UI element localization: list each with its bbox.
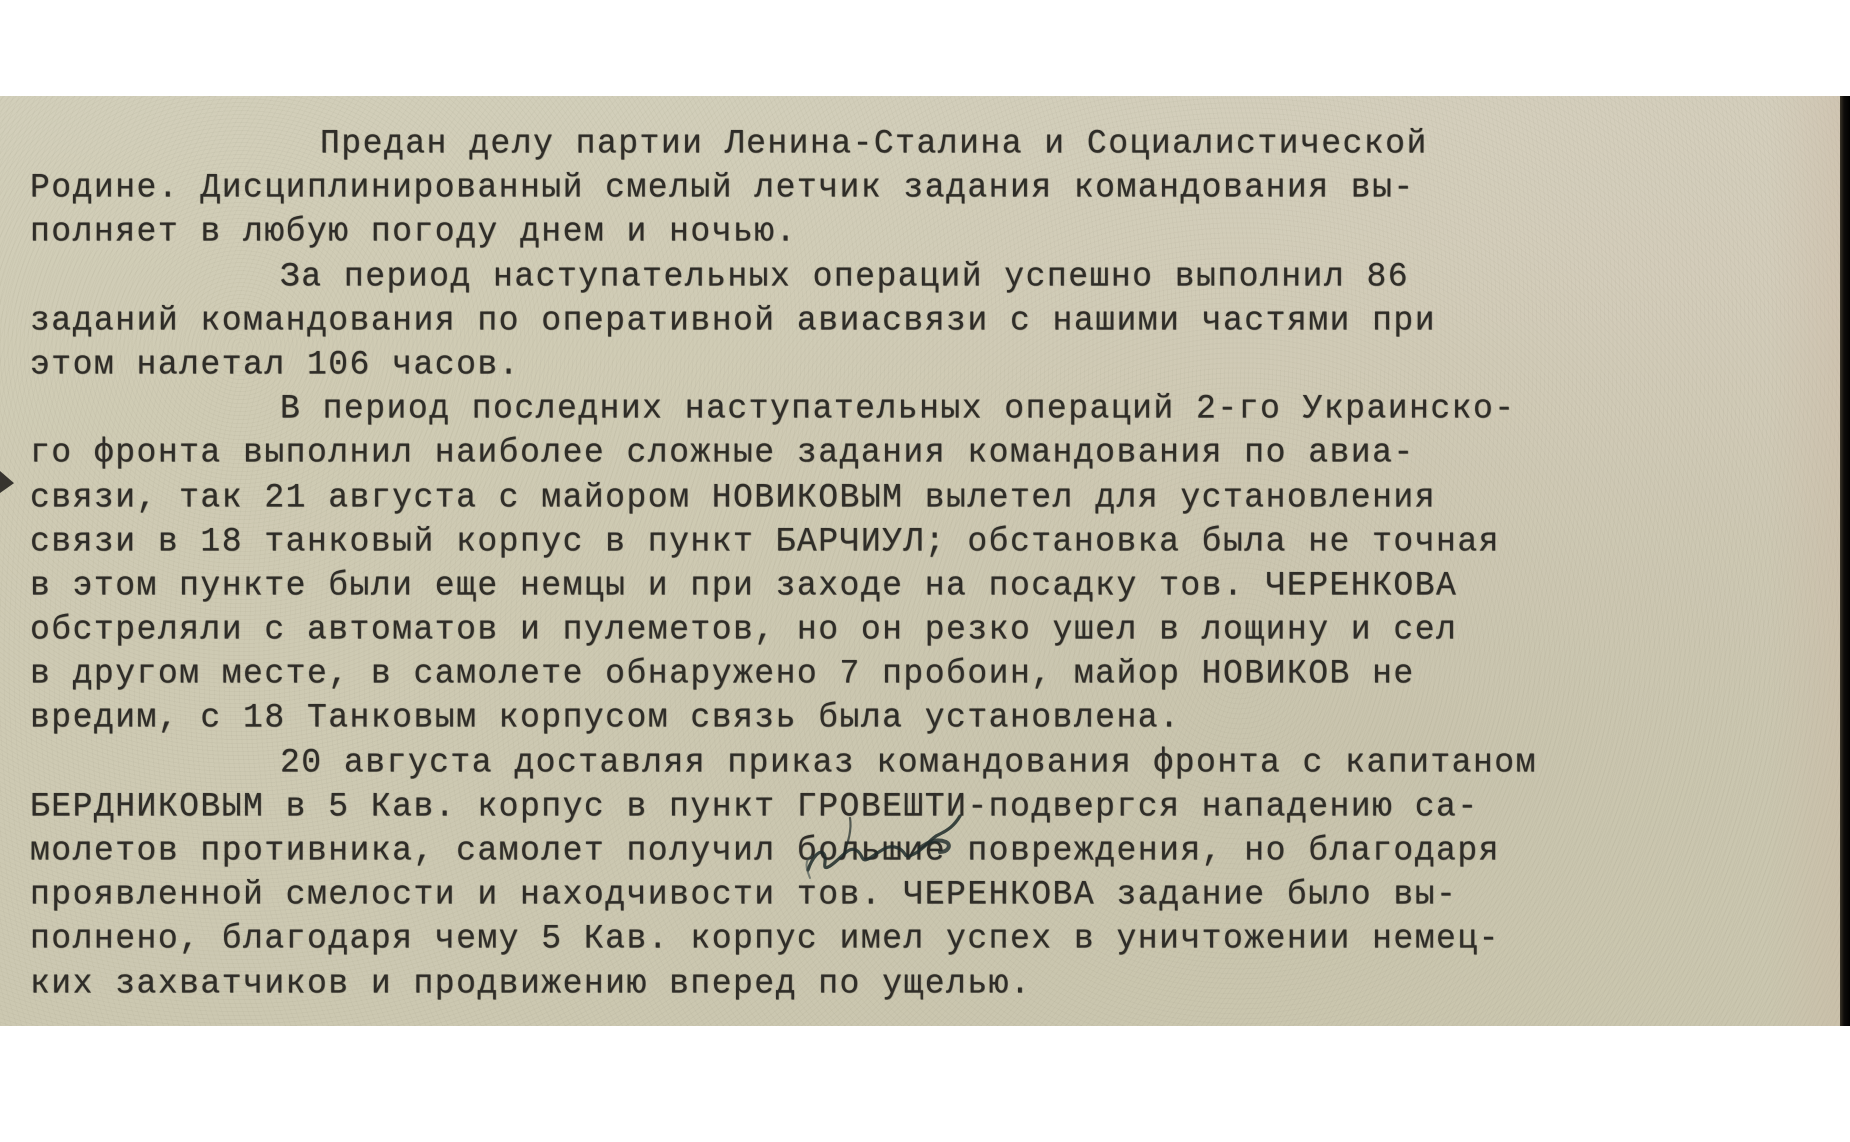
- paper-tear-mark: [0, 471, 14, 493]
- text-line: связи в 18 танковый корпус в пункт БАРЧИ…: [30, 519, 1820, 565]
- text-line: БЕРДНИКОВЫМ в 5 Кав. корпус в пункт ГРОВ…: [30, 784, 1820, 830]
- text-line: Предан делу партии Ленина-Сталина и Соци…: [30, 121, 1820, 167]
- typewritten-text: Предан делу партии Ленина-Сталина и Соци…: [30, 122, 1820, 1006]
- text-line: полняет в любую погоду днем и ночью.: [30, 209, 1820, 255]
- text-line: в другом месте, в самолете обнаружено 7 …: [30, 651, 1820, 697]
- text-line: в этом пункте были еще немцы и при заход…: [30, 563, 1820, 609]
- document-paper: Предан делу партии Ленина-Сталина и Соци…: [0, 96, 1850, 1026]
- scan-edge: [1840, 96, 1850, 1026]
- text-line: Родине. Дисциплинированный смелый летчик…: [30, 165, 1820, 211]
- text-line: полнено, благодаря чему 5 Кав. корпус им…: [30, 916, 1820, 962]
- text-line: обстреляли с автоматов и пулеметов, но о…: [30, 607, 1820, 653]
- text-line: проявленной смелости и находчивости тов.…: [30, 872, 1820, 918]
- text-line: В период последних наступательных операц…: [30, 386, 1820, 432]
- text-line: За период наступательных операций успешн…: [30, 253, 1820, 299]
- text-line: вредим, с 18 Танковым корпусом связь был…: [30, 695, 1820, 741]
- text-line: этом налетал 106 часов.: [30, 342, 1820, 388]
- text-line: связи, так 21 августа с майором НОВИКОВЫ…: [30, 474, 1820, 520]
- text-line: ких захватчиков и продвижению вперед по …: [30, 960, 1820, 1006]
- text-line: заданий командования по оперативной авиа…: [30, 298, 1820, 344]
- text-line: 20 августа доставляя приказ командования…: [30, 740, 1820, 786]
- text-line: го фронта выполнил наиболее сложные зада…: [30, 430, 1820, 476]
- text-line: молетов противника, самолет получил боль…: [30, 828, 1820, 874]
